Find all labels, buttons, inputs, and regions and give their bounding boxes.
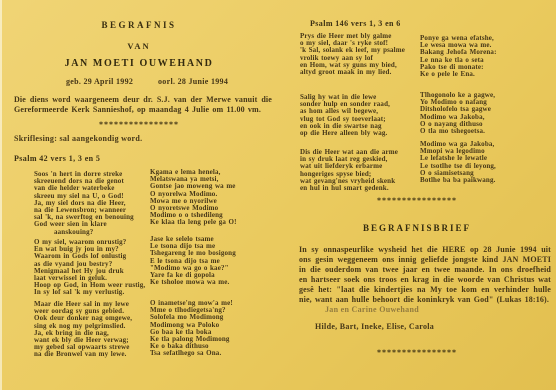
separator: **************** [278, 348, 556, 357]
scripture-note: Skriflesing: sal aangekondig word. [14, 134, 142, 143]
death-date: oorl. 28 Junie 1994 [158, 77, 228, 86]
hymn-verse: Tlhogonolo ke a gagwe, Yo Modimo o nafan… [420, 92, 495, 135]
program-subtitle: VAN [0, 41, 278, 51]
signature-parents: Jan en Carine Ouwehand [325, 305, 419, 314]
hymn-verse: Dis die Heer wat aan die arme in sy druk… [300, 149, 398, 192]
psalm-heading-146: Psalm 146 vers 1, 3 en 6 [310, 19, 401, 28]
service-notice: Die diens word waargeneem deur dr. S.J. … [14, 95, 272, 115]
hymn-verse: Kgama e lema henela, Melatswana ya metsi… [150, 169, 237, 227]
psalm-heading-42: Psalm 42 vers 1, 3 en 5 [14, 154, 100, 163]
hymn-verse: Maar die Heer sal in my lewe weer oordag… [34, 301, 132, 359]
hymn-verse: Jase ke selelo tsame Le tsona dijo tsa m… [150, 236, 236, 286]
hymn-verse: Salig hy wat in die lewe sonder hulp en … [300, 94, 390, 137]
birth-date: geb. 29 April 1992 [66, 77, 133, 86]
funeral-program-scan: BEGRAFNIS VAN JAN MOETI OUWEHAND geb. 29… [0, 0, 556, 390]
letter-body: In sy onnaspeurlike wysheid het die HERE… [299, 245, 551, 305]
left-page: BEGRAFNIS VAN JAN MOETI OUWEHAND geb. 29… [0, 0, 278, 390]
program-title: BEGRAFNIS [0, 20, 278, 30]
hymn-verse: Soos 'n hert in dorre streke skreeuend d… [34, 171, 134, 236]
letter-heading: BEGRAFNISBRIEF [278, 223, 556, 233]
hymn-verse: Modimo wa ga Jakoba, Mmopi wa legodimo L… [420, 141, 496, 184]
separator: **************** [278, 196, 556, 205]
hymn-verse: O my siel, waarom onrustig? En wat buig … [34, 239, 145, 297]
right-page: Psalm 146 vers 1, 3 en 6 Prys die Heer m… [278, 0, 556, 390]
signature-children: Hilde, Bart, Ineke, Elise, Carola [315, 322, 434, 331]
hymn-verse: Prys die Heer met bly galme o my siel, d… [300, 33, 405, 76]
hymn-verse: Ponye ga wena efatshe, Le wesa mowa wa m… [420, 35, 497, 78]
deceased-name: JAN MOETI OUWEHAND [0, 58, 278, 69]
hymn-verse: O inametse'ng mow'a me! Mme o tlhodieget… [150, 300, 233, 358]
separator: **************** [0, 120, 278, 129]
